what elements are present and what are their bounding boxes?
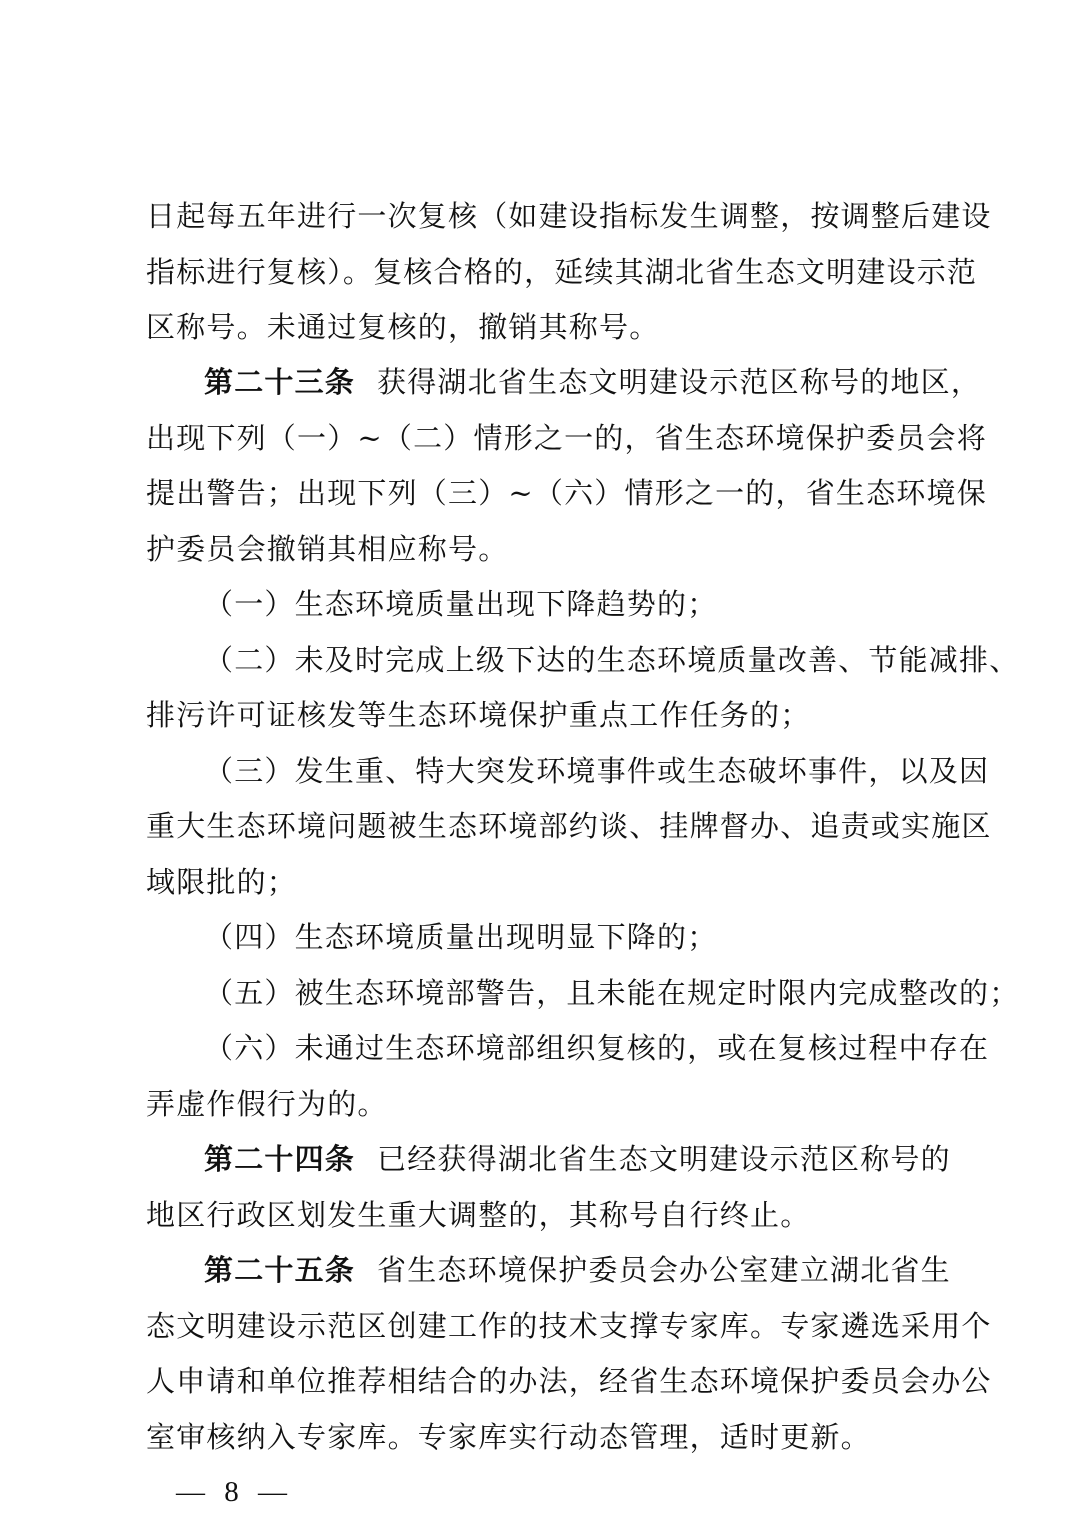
text-line: 地区行政区划发生重大调整的，其称号自行终止。 [146,1197,936,1233]
text-line: 护委员会撤销其相应称号。 [146,531,936,567]
document-page: 日起每五年进行一次复核（如建设指标发生调整，按调整后建设 指标进行复核）。复核合… [0,0,1074,1520]
list-item-3-cont: 重大生态环境问题被生态环境部约谈、挂牌督办、追责或实施区 [146,808,936,844]
article-23-first-line: 第二十三条获得湖北省生态文明建设示范区称号的地区， [204,364,936,400]
text-line: 室审核纳入专家库。专家库实行动态管理，适时更新。 [146,1419,936,1455]
article-25-first-line: 第二十五条省生态环境保护委员会办公室建立湖北省生 [204,1252,936,1288]
list-item-6: （六）未通过生态环境部组织复核的，或在复核过程中存在 [204,1030,936,1066]
article-25-heading: 第二十五条 [204,1253,355,1287]
list-item-6-cont: 弄虚作假行为的。 [146,1086,936,1122]
list-item-4: （四）生态环境质量出现明显下降的； [204,919,936,955]
list-item-3: （三）发生重、特大突发环境事件或生态破坏事件，以及因 [204,753,936,789]
list-item-1: （一）生态环境质量出现下降趋势的； [204,586,936,622]
text-line: 出现下列（一）~（二）情形之一的，省生态环境保护委员会将 [146,420,936,456]
article-24-first-line: 第二十四条已经获得湖北省生态文明建设示范区称号的 [204,1141,936,1177]
list-item-5: （五）被生态环境部警告，且未能在规定时限内完成整改的； [204,975,936,1011]
article-24-text: 已经获得湖北省生态文明建设示范区称号的 [377,1142,951,1176]
text-line: 提出警告；出现下列（三）~（六）情形之一的，省生态环境保 [146,475,936,511]
list-item-2: （二）未及时完成上级下达的生态环境质量改善、节能减排、 [204,642,936,678]
text-line: 日起每五年进行一次复核（如建设指标发生调整，按调整后建设 [146,198,936,234]
text-line: 指标进行复核）。复核合格的，延续其湖北省生态文明建设示范 [146,254,936,290]
page-number: — 8 — [176,1474,293,1510]
text-line: 人申请和单位推荐相结合的办法，经省生态环境保护委员会办公 [146,1363,936,1399]
article-23-text: 获得湖北省生态文明建设示范区称号的地区， [377,365,981,399]
article-25-text: 省生态环境保护委员会办公室建立湖北省生 [377,1253,951,1287]
article-24-heading: 第二十四条 [204,1142,355,1176]
text-line: 态文明建设示范区创建工作的技术支撑专家库。专家遴选采用个 [146,1308,936,1344]
list-item-2-cont: 排污许可证核发等生态环境保护重点工作任务的； [146,697,936,733]
text-line: 区称号。未通过复核的，撤销其称号。 [146,309,936,345]
article-23-heading: 第二十三条 [204,365,355,399]
list-item-3-cont: 域限批的； [146,864,936,900]
